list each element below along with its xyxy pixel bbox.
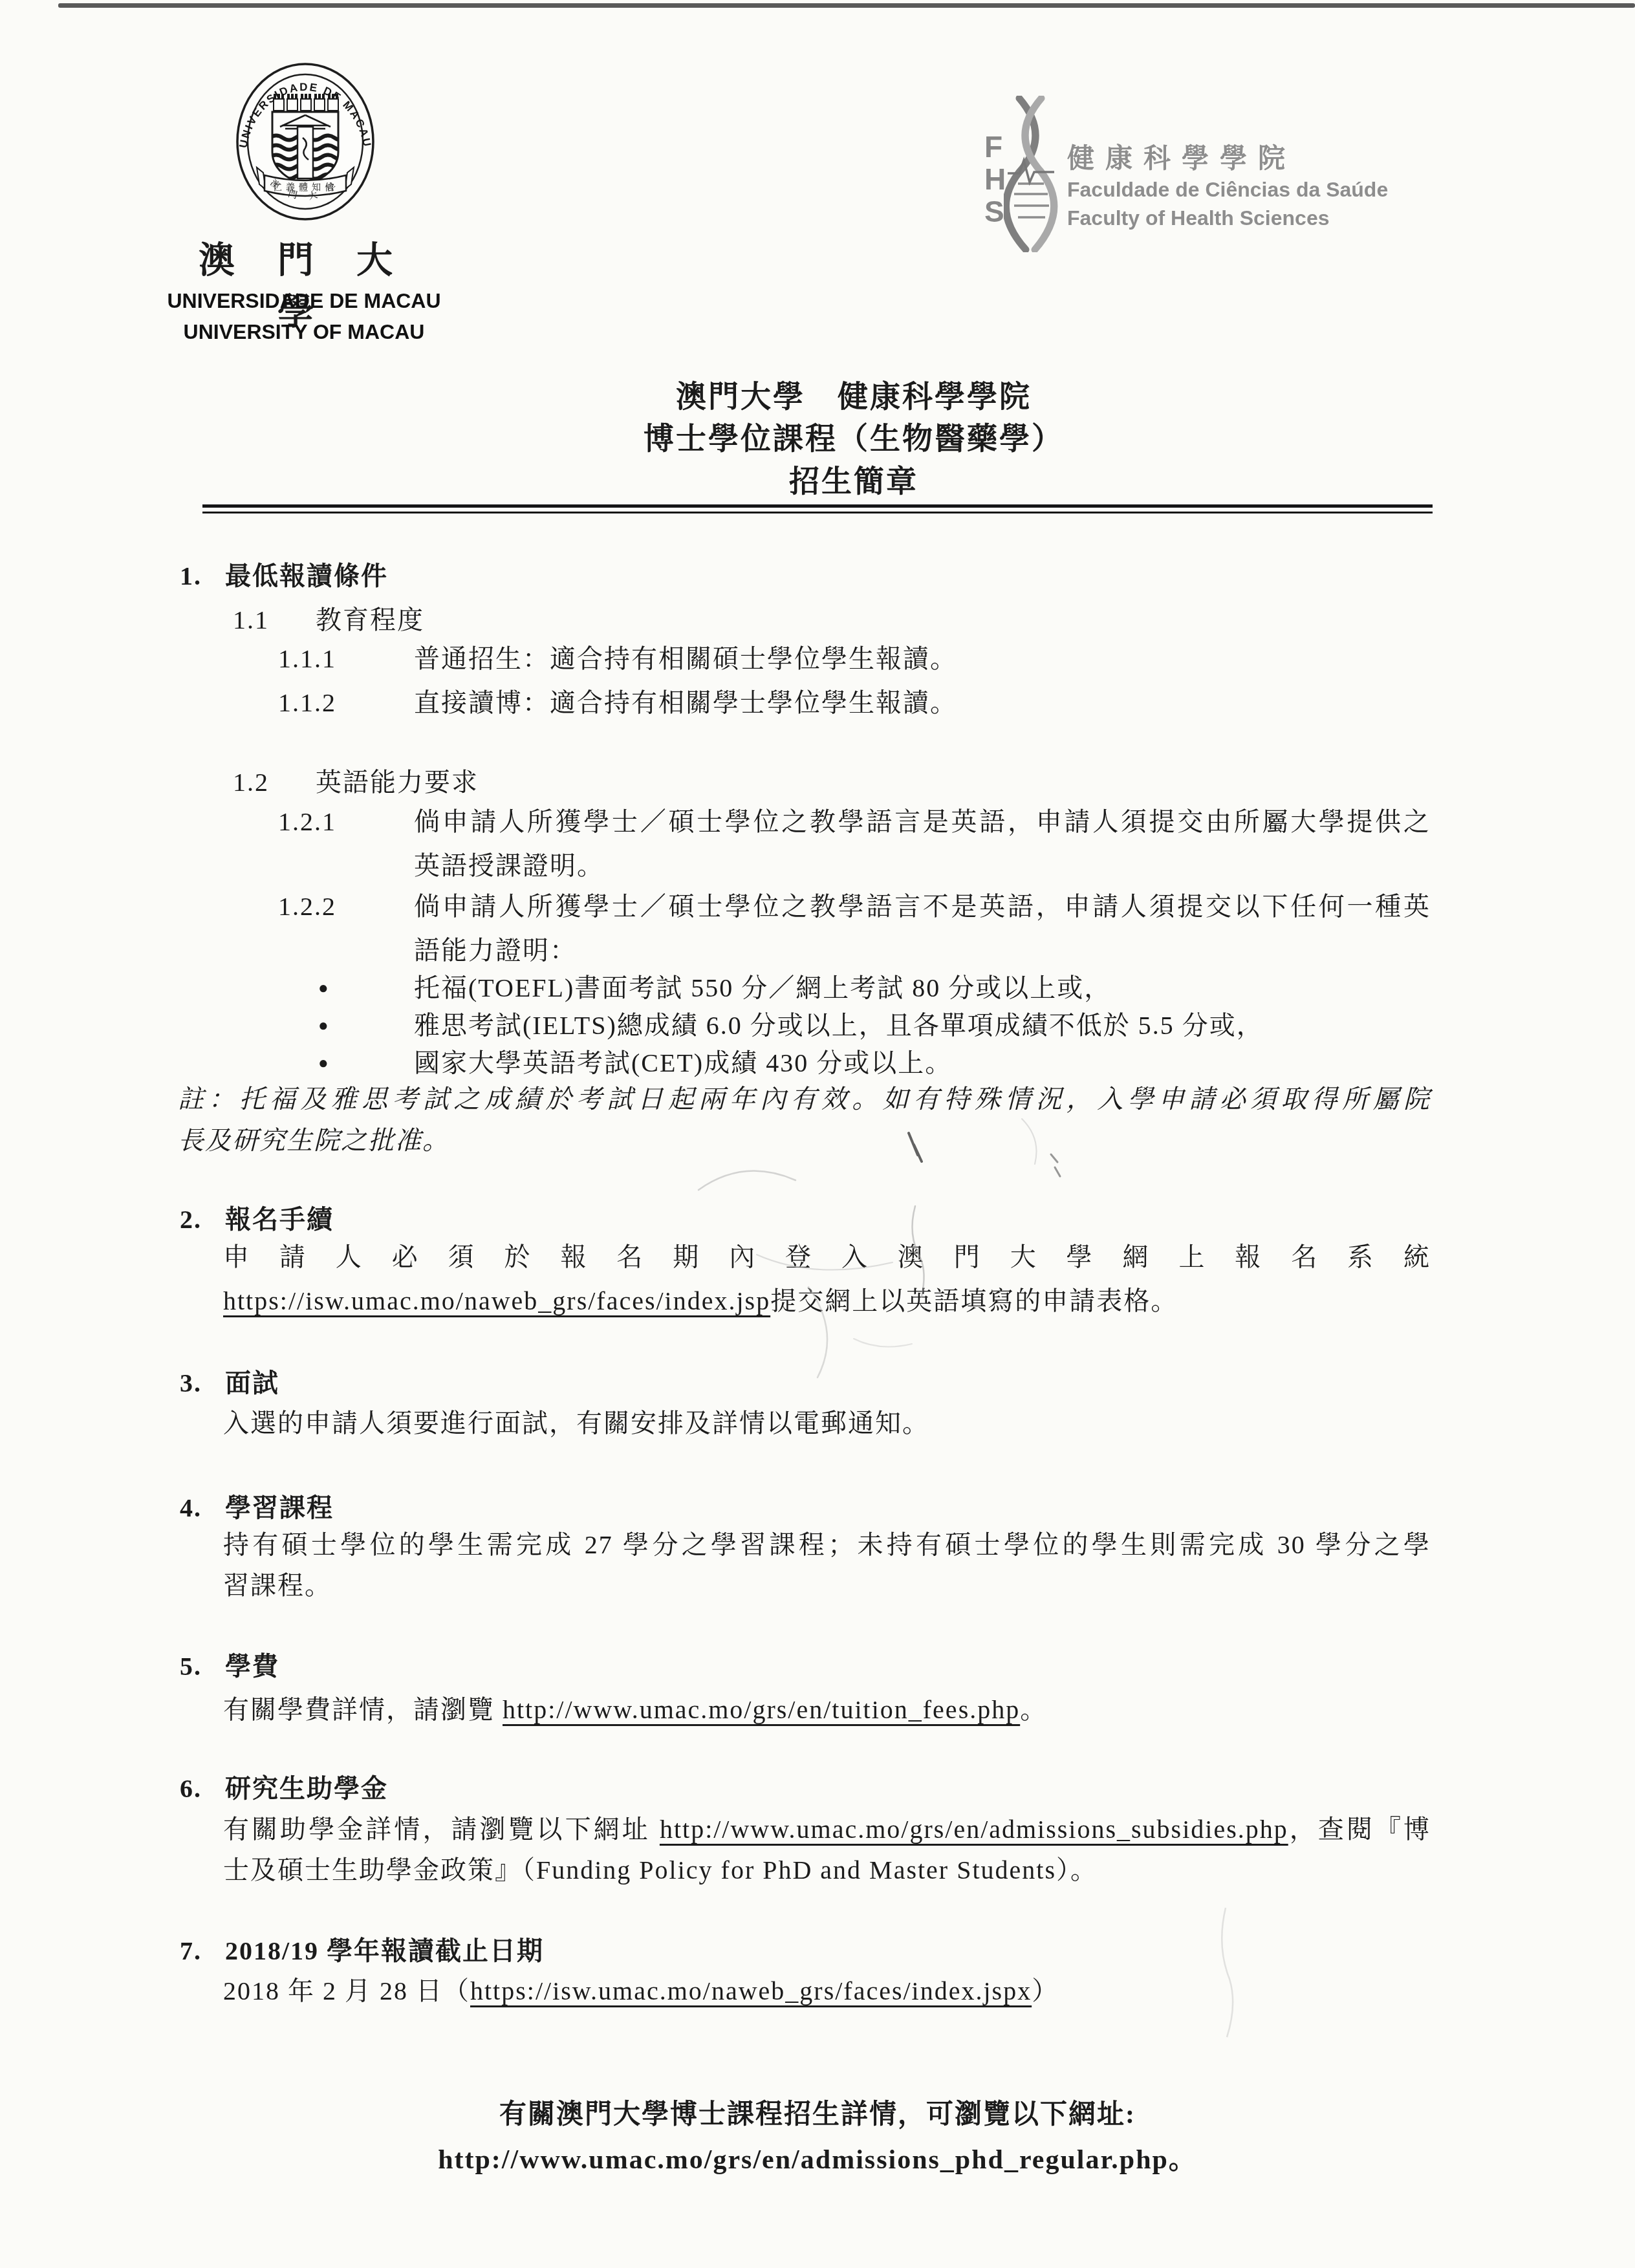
section-6-number: 6. xyxy=(180,1772,202,1806)
section-5-prefix: 有關學費詳情，請瀏覽 xyxy=(223,1695,503,1724)
section-7-number: 7. xyxy=(180,1934,202,1968)
footer-line-2: http://www.umac.mo/grs/en/admissions_phd… xyxy=(203,2143,1432,2177)
tuition-fees-link: http://www.umac.mo/grs/en/tuition_fees.p… xyxy=(503,1695,1020,1724)
section-4-body-line-1: 持有碩士學位的學生需完成 27 學分之學習課程；未持有碩士學位的學生則需完成 3… xyxy=(223,1528,1431,1562)
section-4-heading: 學習課程 xyxy=(225,1491,334,1525)
bullet-item-ielts: 雅思考試(IELTS)總成績 6.0 分或以上，且各單項成績不低於 5.5 分或… xyxy=(414,1009,1264,1042)
item-1-1-1-text: 普通招生：適合持有相關碩士學位學生報讀。 xyxy=(414,642,957,676)
section-6-mid: ，查閱『博 xyxy=(1288,1815,1431,1844)
section-5-number: 5. xyxy=(180,1650,202,1683)
section-3-body: 入選的申請人須要進行面試，有關安排及詳情以電郵通知。 xyxy=(223,1407,929,1440)
footer-suffix: 。 xyxy=(1169,2145,1197,2175)
section-6-prefix: 有關助學金詳情，請瀏覽以下網址 xyxy=(223,1815,660,1844)
section-3-heading: 面試 xyxy=(225,1366,279,1400)
section-7-heading: 2018/19 學年報讀截止日期 xyxy=(225,1934,544,1968)
um-name-english: UNIVERSITY OF MACAU xyxy=(152,317,456,347)
section-7-body: 2018 年 2 月 28 日（https://isw.umac.mo/nawe… xyxy=(223,1974,1059,2008)
item-1-1-2-text: 直接讀博：適合持有相關學士學位學生報讀。 xyxy=(414,686,957,720)
section-6-heading: 研究生助學金 xyxy=(225,1772,388,1806)
bullet-item-toefl: 托福(TOEFL)書面考試 550 分／網上考試 80 分或以上或， xyxy=(414,971,1111,1005)
um-seal-logo: UNIVERSIDADE DE MACAU 仁義體知信 xyxy=(235,61,376,222)
note-line-2: 長及研究生院之批准。 xyxy=(178,1124,449,1158)
fhs-acronym: F H S xyxy=(984,131,1006,228)
doc-title-line-3: 招生簡章 xyxy=(530,463,1177,501)
seal-towers xyxy=(274,94,338,111)
section-1-2-heading: 英語能力要求 xyxy=(316,766,479,799)
section-1-number: 1. xyxy=(180,559,202,593)
double-rule-bottom xyxy=(202,512,1433,513)
section-6-body-line-2: 士及碩士生助學金政策』（Funding Policy for PhD and M… xyxy=(223,1853,1098,1887)
section-2-heading: 報名手續 xyxy=(225,1203,334,1237)
fhs-name-chinese: 健康科學學院 xyxy=(1067,137,1296,176)
phd-admissions-url: http://www.umac.mo/grs/en/admissions_phd… xyxy=(438,2145,1169,2175)
double-rule-top xyxy=(202,504,1433,508)
fhs-acronym-h: H xyxy=(984,163,1006,195)
bullet-icon: ● xyxy=(318,971,329,1005)
section-2-number: 2. xyxy=(180,1203,202,1237)
section-3-number: 3. xyxy=(180,1366,202,1400)
item-1-2-2-line-1: 倘申請人所獲學士／碩士學位之教學語言不是英語，申請人須提交以下任何一種英 xyxy=(414,890,1431,923)
scanned-admission-notice-page: UNIVERSIDADE DE MACAU 仁義體知信 xyxy=(0,0,1635,2268)
section-7-prefix: 2018 年 2 月 28 日（ xyxy=(223,1976,470,2005)
item-1-2-1-number: 1.2.1 xyxy=(278,805,336,839)
admissions-subsidies-link: http://www.umac.mo/grs/en/admissions_sub… xyxy=(660,1815,1288,1844)
section-1-heading: 最低報讀條件 xyxy=(225,559,388,593)
section-4-number: 4. xyxy=(180,1491,202,1525)
item-1-1-1-number: 1.1.1 xyxy=(278,642,336,676)
item-1-2-1-line-1: 倘申請人所獲學士／碩士學位之教學語言是英語，申請人須提交由所屬大學提供之 xyxy=(414,805,1431,839)
bullet-item-cet: 國家大學英語考試(CET)成績 430 分或以上。 xyxy=(414,1046,952,1080)
fhs-acronym-f: F xyxy=(984,131,1006,163)
section-4-body-line-2: 習課程。 xyxy=(223,1569,332,1603)
deadline-application-link: https://isw.umac.mo/naweb_grs/faces/inde… xyxy=(470,1976,1032,2005)
bullet-icon: ● xyxy=(318,1046,329,1080)
section-1-1-heading: 教育程度 xyxy=(316,603,424,637)
scan-edge-artifact xyxy=(58,3,1635,8)
item-1-1-2-number: 1.1.2 xyxy=(278,686,336,720)
section-5-heading: 學費 xyxy=(225,1650,279,1683)
doc-title-line-2: 博士學位課程（生物醫藥學） xyxy=(530,420,1177,458)
bullet-icon: ● xyxy=(318,1009,329,1042)
section-6-body-line-1: 有關助學金詳情，請瀏覽以下網址 http://www.umac.mo/grs/e… xyxy=(223,1813,1431,1846)
doc-title-line-1: 澳門大學 健康科學學院 xyxy=(530,378,1177,416)
section-1-2-number: 1.2 xyxy=(233,766,269,799)
scan-smudge-artifacts xyxy=(660,1093,1294,1397)
section-7-suffix: ） xyxy=(1032,1976,1059,2005)
fhs-acronym-s: S xyxy=(984,195,1006,228)
item-1-2-2-line-2: 語能力證明： xyxy=(414,934,577,967)
seal-panel xyxy=(298,127,313,178)
scan-streak-artifact xyxy=(1190,1901,1268,2044)
fhs-name-portuguese: Faculdade de Ciências da Saúde xyxy=(1067,176,1388,203)
footer-line-1: 有關澳門大學博士課程招生詳情，可瀏覽以下網址: xyxy=(203,2097,1432,2132)
item-1-2-2-number: 1.2.2 xyxy=(278,890,336,923)
dna-helix-icon xyxy=(1004,96,1059,252)
item-1-2-1-line-2: 英語授課證明。 xyxy=(414,849,604,883)
um-name-portuguese: UNIVERSIDADE DE MACAU xyxy=(152,286,456,316)
section-5-body: 有關學費詳情，請瀏覽 http://www.umac.mo/grs/en/tui… xyxy=(223,1693,1047,1727)
fhs-name-english: Faculty of Health Sciences xyxy=(1067,204,1329,232)
section-5-suffix: 。 xyxy=(1020,1695,1047,1724)
section-1-1-number: 1.1 xyxy=(233,603,269,637)
